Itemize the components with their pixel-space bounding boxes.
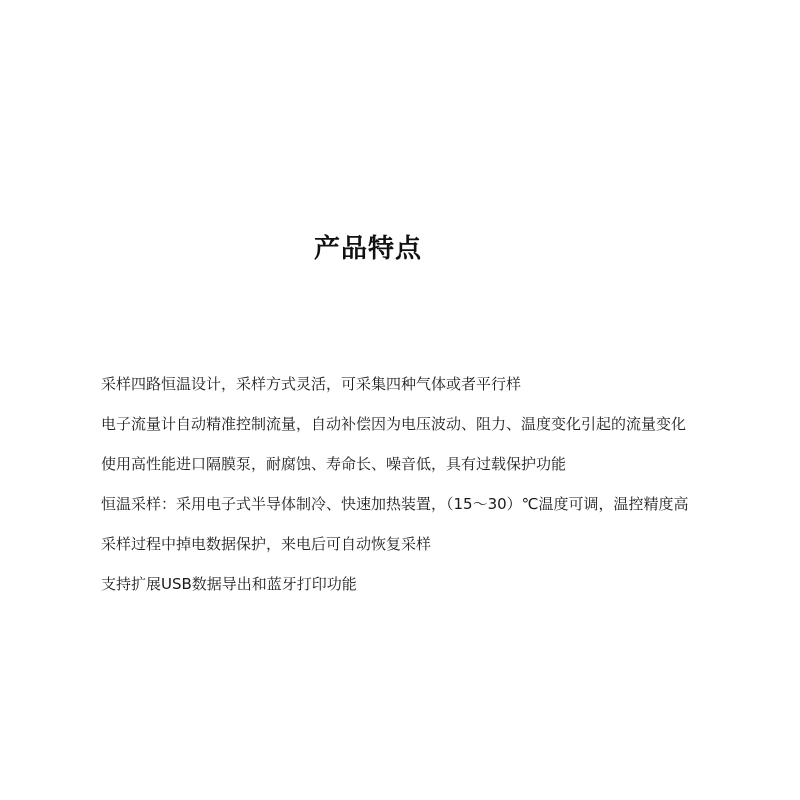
feature-item: 恒温采样：采用电子式半导体制冷、快速加热装置，（15～30）℃温度可调，温控精度… <box>101 492 689 532</box>
feature-item: 采样四路恒温设计，采样方式灵活，可采集四种气体或者平行样 <box>101 372 689 412</box>
feature-item: 支持扩展USB数据导出和蓝牙打印功能 <box>101 572 689 612</box>
feature-list: 采样四路恒温设计，采样方式灵活，可采集四种气体或者平行样 电子流量计自动精准控制… <box>101 372 689 612</box>
feature-item: 电子流量计自动精准控制流量，自动补偿因为电压波动、阻力、温度变化引起的流量变化 <box>101 412 689 452</box>
feature-item: 采样过程中掉电数据保护，来电后可自动恢复采样 <box>101 532 689 572</box>
section-title: 产品特点 <box>0 231 736 267</box>
feature-item: 使用高性能进口隔膜泵，耐腐蚀、寿命长、噪音低，具有过载保护功能 <box>101 452 689 492</box>
